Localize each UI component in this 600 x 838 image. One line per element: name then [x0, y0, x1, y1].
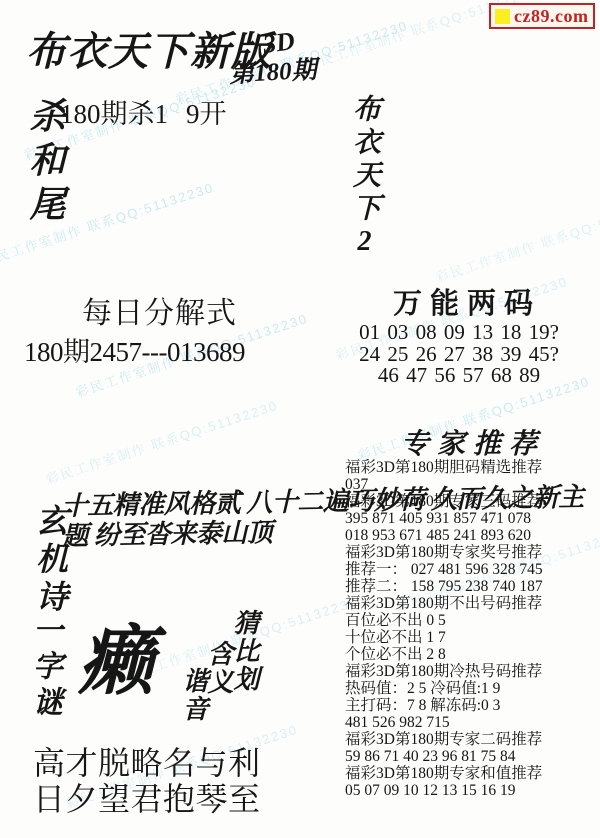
kill-number-text: 180期杀1	[60, 92, 168, 131]
two-codes-number-grid: 01 03 08 09 13 18 19? 24 25 26 27 38 39 …	[334, 322, 584, 387]
two-codes-heading: 万能两码	[393, 281, 541, 322]
couplet-line-2: 日夕望君抱琴至	[33, 774, 261, 820]
daily-decomposition-heading: 每日分解式	[82, 288, 237, 332]
open-number-text: 9开	[186, 92, 227, 131]
issue-label: 第180期	[228, 50, 317, 91]
lottery-sheet-page: { "site_badge": { "domain": "cz89.com" }…	[0, 0, 600, 838]
site-domain[interactable]: cz89.com	[514, 6, 588, 27]
yellow-square-icon	[495, 9, 510, 24]
daily-decomposition-formula: 180期2457---013689	[24, 330, 245, 369]
vertical-label-buyi-tianxia-2: 布衣天下2	[344, 94, 384, 262]
riddle-character: 癞	[78, 624, 154, 700]
watermark-text: 彩民工作室制作 联系QQ:51132230	[433, 193, 600, 286]
watermark-text: 彩民工作室制作 联系QQ:51132230	[43, 395, 280, 488]
riddle-hint-homophone: 谐音	[175, 667, 212, 723]
riddle-label: 一字谜	[22, 614, 66, 722]
expert-recommendation-heading: 专家推荐	[401, 422, 545, 462]
site-badge[interactable]: cz89.com	[489, 3, 595, 29]
vertical-label-kill-sum-tail: 杀和尾	[20, 97, 71, 229]
mystery-poem-lines: 十五精准风格贰 八十二遍巧妙荷 久而久之新主题 纷至沓来泰山顶	[62, 482, 600, 550]
